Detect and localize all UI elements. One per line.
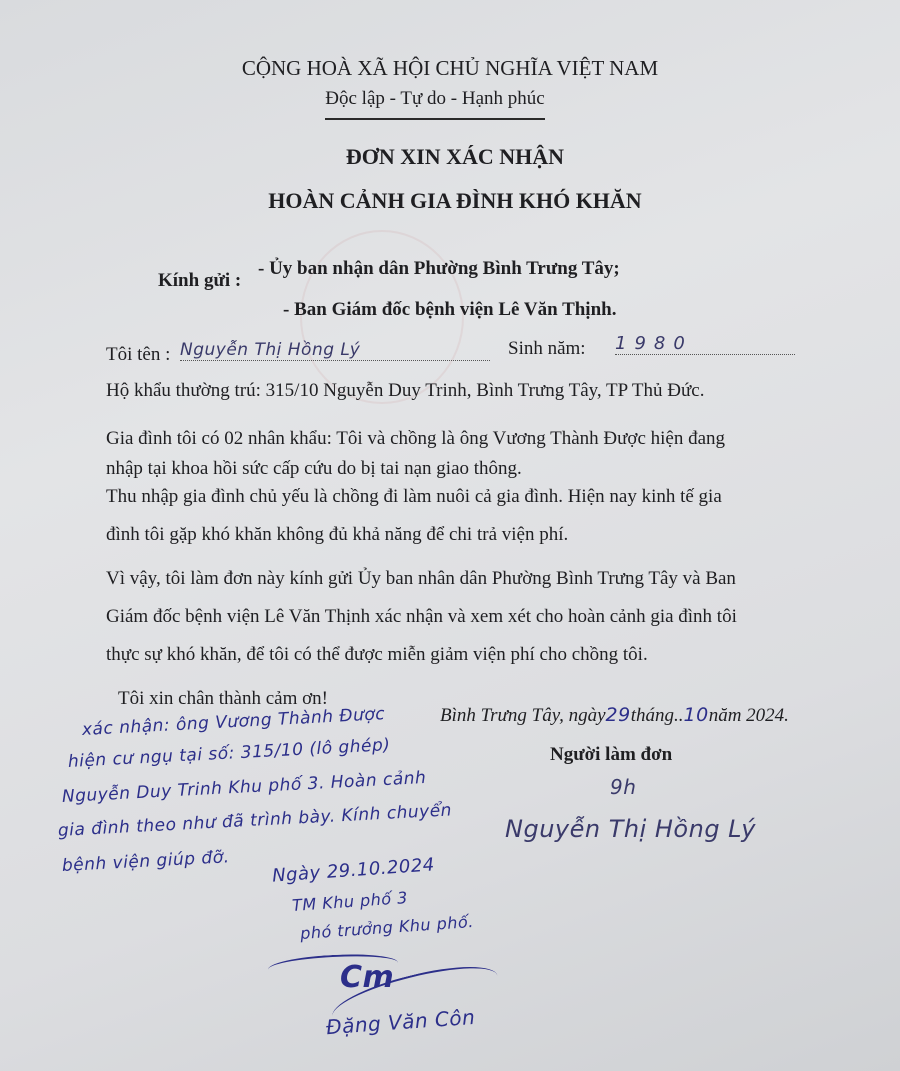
motto: Độc lập - Tự do - Hạnh phúc — [0, 88, 870, 110]
dateline-day: 29 — [606, 704, 631, 726]
signer-signature: 9h — [610, 775, 636, 799]
motto-underline — [325, 118, 545, 120]
dateline-year: năm 2024. — [709, 705, 789, 726]
birth-year-label: Sinh năm: — [508, 338, 586, 360]
applicant-name-handwritten: Nguyễn Thị Hồng Lý — [180, 340, 490, 361]
document-title-line2: HOÀN CẢNH GIA ĐÌNH KHÓ KHĂN — [0, 188, 900, 214]
recipient-2: - Ban Giám đốc bệnh viện Lê Văn Thịnh. — [283, 299, 616, 321]
certification-line-5: bệnh viện giúp đỡ. — [61, 847, 230, 876]
thanks-line: Tôi xin chân thành cảm ơn! — [118, 688, 328, 710]
certification-title: phó trưởng Khu phố. — [300, 912, 475, 943]
body-p3-line3: thực sự khó khăn, để tôi có thể được miễ… — [106, 644, 648, 666]
body-p3-line1: Vì vậy, tôi làm đơn này kính gửi Ủy ban … — [106, 568, 736, 590]
recipients-label: Kính gửi : — [158, 270, 241, 292]
signer-name-handwritten: Nguyễn Thị Hồng Lý — [505, 815, 756, 843]
name-label: Tôi tên : — [106, 344, 170, 366]
body-p3-line2: Giám đốc bệnh viện Lê Văn Thịnh xác nhận… — [106, 606, 737, 628]
body-p1-line1: Gia đình tôi có 02 nhân khẩu: Tôi và chồ… — [106, 428, 725, 450]
certification-date: Ngày 29.10.2024 — [271, 854, 435, 886]
nation-header: CỘNG HOÀ XÃ HỘI CHỦ NGHĨA VIỆT NAM — [0, 56, 900, 81]
body-p2-line2: đình tôi gặp khó khăn không đủ khả năng … — [106, 524, 568, 546]
certification-on-behalf: TM Khu phố 3 — [291, 888, 408, 915]
certification-line-3: Nguyễn Duy Trinh Khu phố 3. Hoàn cảnh — [61, 768, 426, 807]
document-title-line1: ĐƠN XIN XÁC NHẬN — [0, 144, 900, 170]
birth-year-handwritten: 1980 — [615, 333, 795, 355]
document-page: CỘNG HOÀ XÃ HỘI CHỦ NGHĨA VIỆT NAM Độc l… — [0, 0, 900, 1071]
dateline-month: 10 — [684, 704, 709, 726]
certification-line-2: hiện cư ngụ tại số: 315/10 (lô ghép) — [67, 735, 390, 772]
body-p1-line2: nhập tại khoa hồi sức cấp cứu do bị tai … — [106, 458, 522, 480]
address-line: Hộ khẩu thường trú: 315/10 Nguyễn Duy Tr… — [106, 380, 705, 402]
dateline: Bình Trưng Tây, ngày29tháng..10năm 2024. — [440, 704, 789, 727]
recipient-1: - Ủy ban nhận dân Phường Bình Trưng Tây; — [258, 258, 620, 280]
certification-line-4: gia đình theo như đã trình bày. Kính chu… — [57, 800, 452, 841]
dateline-prefix: Bình Trưng Tây, ngày — [440, 705, 606, 726]
body-p2-line1: Thu nhập gia đình chủ yếu là chồng đi là… — [106, 486, 722, 508]
dateline-month-label: tháng — [631, 705, 674, 726]
signer-label: Người làm đơn — [550, 744, 672, 766]
